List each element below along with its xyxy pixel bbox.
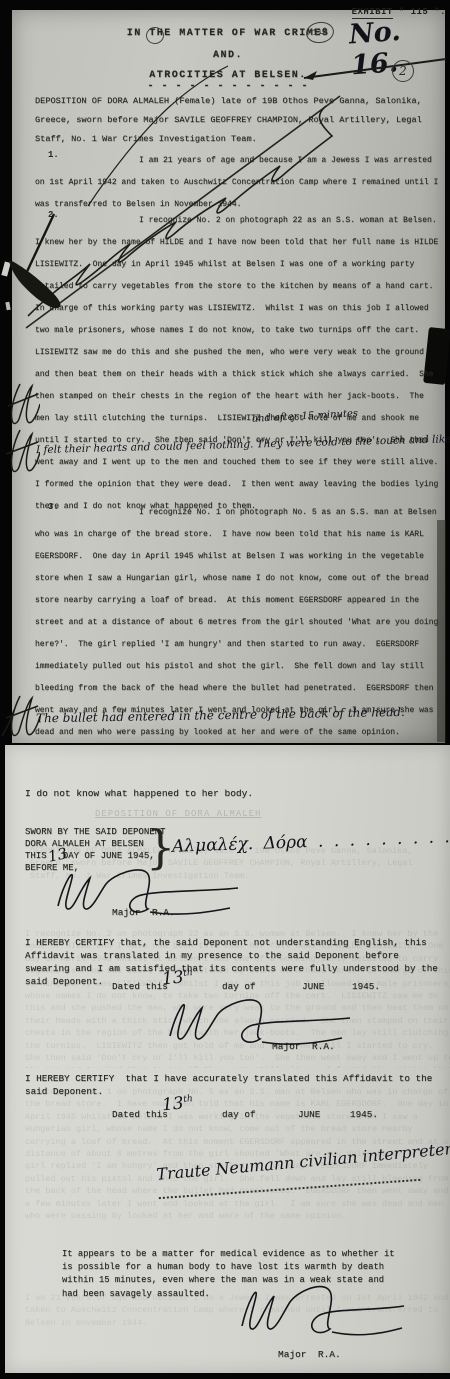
dated-year-1: 1945. — [352, 980, 380, 993]
margin-initials — [0, 690, 42, 742]
signature-champion — [232, 1280, 412, 1342]
ghost-heading: DEPOSITION OF DORA ALMALEH — [95, 808, 395, 820]
handwritten-day-1: 13th — [161, 967, 194, 990]
dated-mid-2: day of — [222, 1108, 255, 1121]
dated-prefix-1: Dated this — [112, 980, 168, 993]
margin-initials — [2, 424, 40, 478]
dated-prefix-2: Dated this — [112, 1108, 168, 1121]
day-number: 13 — [161, 1094, 184, 1116]
day-suffix: th — [183, 968, 193, 979]
dated-mid-1: day of — [222, 980, 255, 993]
dated-year-2: 1945. — [350, 1108, 378, 1121]
circled-page-number: 2 — [392, 60, 414, 82]
signature-champion — [160, 994, 360, 1050]
signatory-rank-3: Major R.A. — [278, 1348, 341, 1361]
day-number: 13 — [161, 968, 184, 990]
body-continuation-line: I do not know what happened to her body. — [25, 787, 253, 800]
document-scan: EXHIBIT " 115 ". IN THE MATTER OF WAR CR… — [0, 0, 450, 1379]
day-suffix: th — [183, 1094, 193, 1105]
certify-accurate-paragraph: I HEREBY CERTIFY that I have accurately … — [25, 1072, 449, 1098]
dated-month-2: JUNE — [298, 1108, 320, 1121]
dated-month-1: JUNE — [302, 980, 324, 993]
handwritten-day-2: 13th — [161, 1093, 194, 1116]
ink-blob — [8, 212, 78, 322]
margin-initials — [4, 378, 40, 430]
signature-champion — [48, 862, 248, 920]
